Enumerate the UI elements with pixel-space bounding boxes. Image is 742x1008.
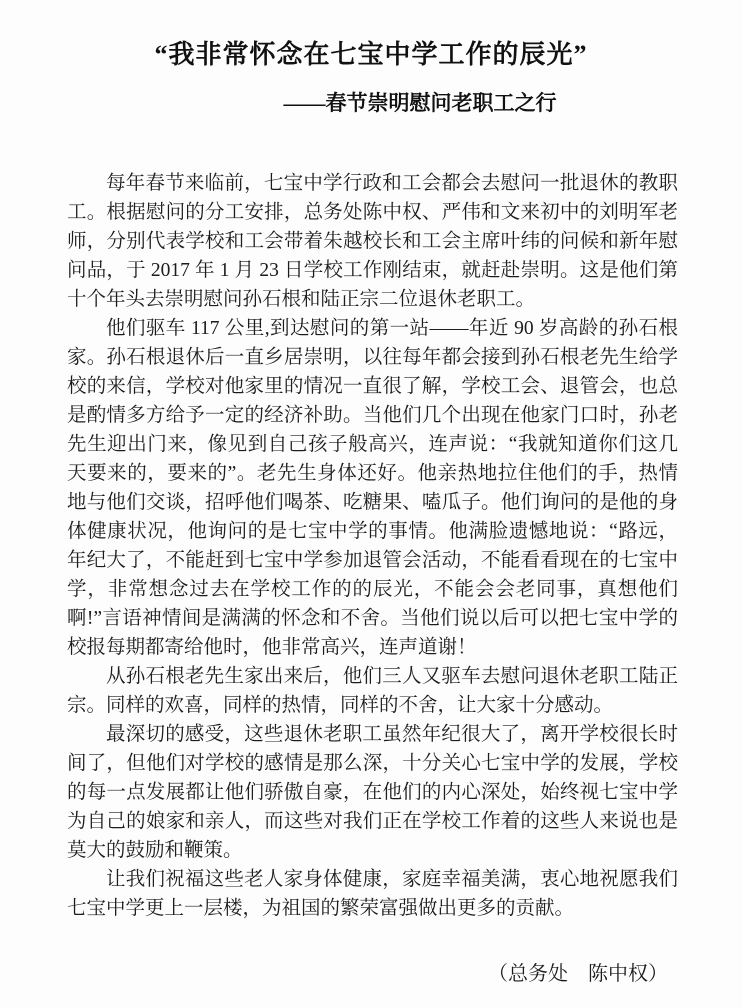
paragraph-3: 从孙石根老先生家出来后，他们三人又驱车去慰问退休老职工陆正宗。同样的欢喜，同样的… [67,662,678,720]
paragraph-1: 每年春节来临前，七宝中学行政和工会都会去慰问一批退休的教职工。根据慰问的分工安排… [67,169,678,314]
paragraph-5: 让我们祝福这些老人家身体健康，家庭幸福美满，衷心地祝愿我们七宝中学更上一层楼，为… [67,865,678,923]
paragraph-2: 他们驱车 117 公里,到达慰问的第一站——年近 90 岁高龄的孙石根家。孙石根… [67,314,678,662]
signature: （总务处 陈中权） [0,957,742,986]
document-body: 每年春节来临前，七宝中学行政和工会都会去慰问一批退休的教职工。根据慰问的分工安排… [67,169,678,923]
document-title: “我非常怀念在七宝中学工作的辰光” [0,0,742,71]
document-subtitle: ——春节崇明慰问老职工之行 [0,87,742,117]
document-page: “我非常怀念在七宝中学工作的辰光” ——春节崇明慰问老职工之行 每年春节来临前，… [0,0,742,1008]
paragraph-4: 最深切的感受，这些退休老职工虽然年纪很大了，离开学校很长时间了，但他们对学校的感… [67,720,678,865]
